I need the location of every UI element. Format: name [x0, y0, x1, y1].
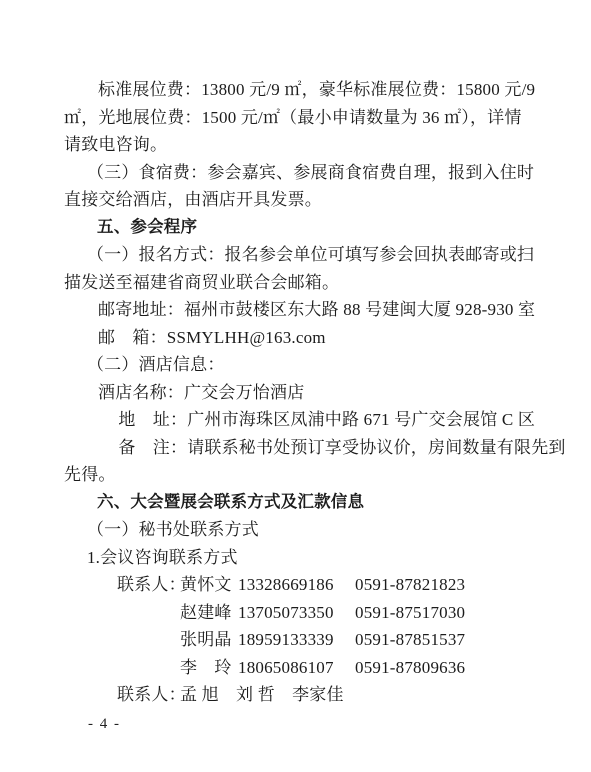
paragraph-line: 描发送至福建省商贸业联合会邮箱。 — [64, 269, 530, 297]
paragraph-line: （一）报名方式：报名参会单位可填写参会回执表邮寄或扫 — [64, 241, 530, 269]
note-line: 备 注：请联系秘书处预订享受协议价，房间数量有限先到 — [64, 434, 530, 462]
paragraph-line: 标准展位费：13800 元/9 ㎡，豪华标准展位费：15800 元/9 — [64, 76, 530, 104]
paragraph-line: （一）秘书处联系方式 — [64, 516, 530, 544]
contact-name: 黄怀文 — [180, 571, 238, 599]
section-heading: 五、参会程序 — [64, 214, 530, 242]
contact-label: 联系人： — [117, 681, 180, 709]
contact-name: 张明晶 — [180, 626, 238, 654]
contact-mobile: 13705073350 — [238, 599, 355, 627]
contact-mobile: 13328669186 — [238, 571, 355, 599]
contact-names: 孟 旭 刘 哲 李家佳 — [180, 685, 344, 704]
hotel-name-line: 酒店名称：广交会万怡酒店 — [64, 379, 530, 407]
paragraph-line: （三）食宿费：参会嘉宾、参展商食宿费自理，报到入住时 — [64, 159, 530, 187]
page-number: - 4 - — [88, 716, 121, 733]
contact-phone: 0591-87517030 — [355, 603, 465, 622]
section-heading: 六、大会暨展会联系方式及汇款信息 — [64, 489, 530, 517]
email-line: 邮 箱：SSMYLHH@163.com — [64, 324, 530, 352]
address-line: 地 址：广州市海珠区凤浦中路 671 号广交会展馆 C 区 — [64, 406, 530, 434]
paragraph-line: 邮寄地址：福州市鼓楼区东大路 88 号建闽大厦 928-930 室 — [64, 296, 530, 324]
paragraph-line: ㎡，光地展位费：1500 元/㎡（最小申请数量为 36 ㎡），详情 — [64, 104, 530, 132]
document-page: 标准展位费：13800 元/9 ㎡，豪华标准展位费：15800 元/9 ㎡，光地… — [0, 0, 591, 772]
contact-row: 联系人：孟 旭 刘 哲 李家佳 — [64, 681, 530, 709]
paragraph-line: 先得。 — [64, 461, 530, 489]
paragraph-line: 1.会议咨询联系方式 — [64, 544, 530, 572]
contact-mobile: 18065086107 — [238, 654, 355, 682]
contact-row: 李 玲180650861070591-87809636 — [64, 654, 530, 682]
contact-name: 李 玲 — [180, 654, 238, 682]
contact-label: 联系人： — [117, 571, 180, 599]
contact-phone: 0591-87821823 — [355, 575, 465, 594]
contact-row: 联系人：黄怀文133286691860591-87821823 — [64, 571, 530, 599]
contact-mobile: 18959133339 — [238, 626, 355, 654]
document-body: 标准展位费：13800 元/9 ㎡，豪华标准展位费：15800 元/9 ㎡，光地… — [64, 76, 530, 709]
contact-phone: 0591-87851537 — [355, 630, 465, 649]
contact-name: 赵建峰 — [180, 599, 238, 627]
paragraph-line: 请致电咨询。 — [64, 131, 530, 159]
contact-row: 赵建峰137050733500591-87517030 — [64, 599, 530, 627]
contact-phone: 0591-87809636 — [355, 658, 465, 677]
contact-row: 张明晶189591333390591-87851537 — [64, 626, 530, 654]
paragraph-line: （二）酒店信息： — [64, 351, 530, 379]
paragraph-line: 直接交给酒店，由酒店开具发票。 — [64, 186, 530, 214]
